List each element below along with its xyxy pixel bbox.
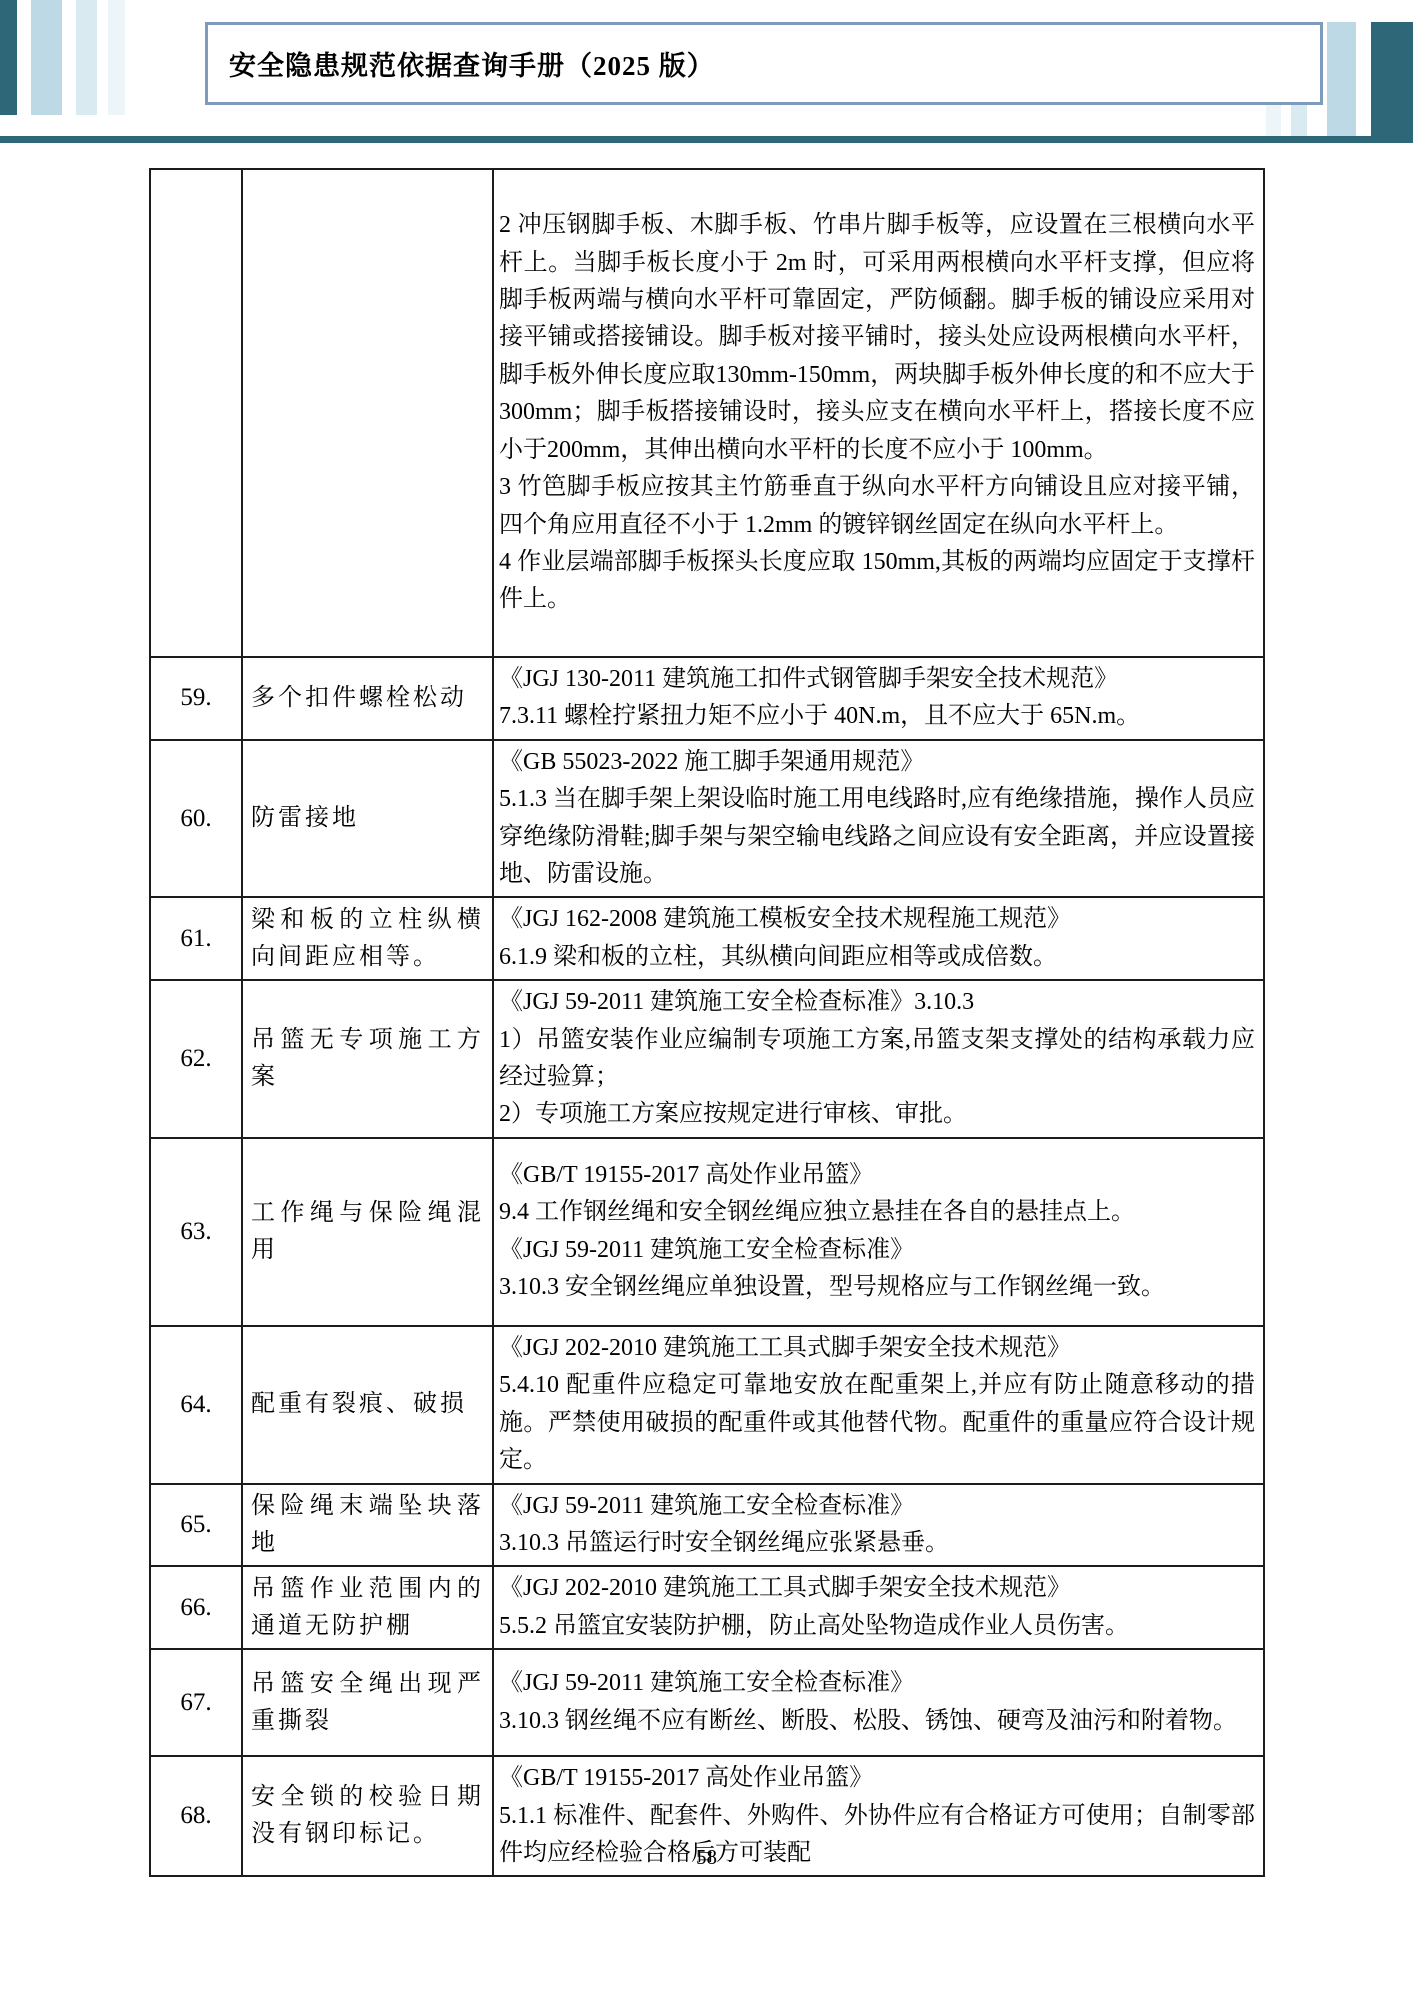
deco-bar-right-mid [1327,22,1356,137]
regulation-paragraph: 5.1.3 当在脚手架上架设临时施工用电线路时,应有绝缘措施，操作人员应穿绝缘防… [499,781,1255,893]
regulation-paragraph: 《JGJ 59-2011 建筑施工安全检查标准》 [499,1488,1255,1525]
regulation-paragraph: 3 竹笆脚手板应按其主竹筋垂直于纵向水平杆方向铺设且应对接平铺，四个角应用直径不… [499,469,1255,544]
table-row: 65. 保险绳末端坠块落地 《JGJ 59-2011 建筑施工安全检查标准》 3… [150,1484,1264,1567]
regulation-paragraph: 2）专项施工方案应按规定进行审核、审批。 [499,1096,1255,1133]
regulation-paragraph: 3.10.3 钢丝绳不应有断丝、断股、松股、锈蚀、硬弯及油污和附着物。 [499,1703,1255,1740]
header-divider-rule [0,136,1413,143]
regulation-cell: 《JGJ 162-2008 建筑施工模板安全技术规程施工规范》 6.1.9 梁和… [493,897,1264,980]
row-number-cell: 63. [150,1138,242,1326]
regulation-paragraph: 7.3.11 螺栓拧紧扭力矩不应小于 40N.m，且不应大于 65N.m。 [499,698,1255,735]
regulation-paragraph: 4 作业层端部脚手板探头长度应取 150mm,其板的两端均应固定于支撑杆件上。 [499,544,1255,619]
deco-bar-left-pale [108,0,125,115]
row-number-cell: 65. [150,1484,242,1567]
hazard-cell: 吊篮作业范围内的通道无防护棚 [242,1566,493,1649]
table-row: 64. 配重有裂痕、破损 《JGJ 202-2010 建筑施工工具式脚手架安全技… [150,1326,1264,1484]
hazard-cell: 工作绳与保险绳混用 [242,1138,493,1326]
hazard-cell: 防雷接地 [242,740,493,898]
table-row: 59. 多个扣件螺栓松动 《JGJ 130-2011 建筑施工扣件式钢管脚手架安… [150,657,1264,740]
table-row: 60. 防雷接地 《GB 55023-2022 施工脚手架通用规范》 5.1.3… [150,740,1264,898]
regulation-paragraph: 2 冲压钢脚手板、木脚手板、竹串片脚手板等，应设置在三根横向水平杆上。当脚手板长… [499,207,1255,469]
row-number-cell: 64. [150,1326,242,1484]
row-number-cell: 66. [150,1566,242,1649]
regulation-cell: 《JGJ 59-2011 建筑施工安全检查标准》3.10.3 1）吊篮安装作业应… [493,980,1264,1138]
regulation-paragraph: 6.1.9 梁和板的立柱，其纵横向间距应相等或成倍数。 [499,939,1255,976]
hazard-cell [242,169,493,657]
regulation-paragraph: 1）吊篮安装作业应编制专项施工方案,吊篮支架支撑处的结构承载力应经过验算； [499,1022,1255,1097]
regulation-paragraph: 9.4 工作钢丝绳和安全钢丝绳应独立悬挂在各自的悬挂点上。 [499,1194,1255,1231]
header-title-box: 安全隐患规范依据查询手册（2025 版） [205,22,1323,105]
regulation-cell: 《JGJ 130-2011 建筑施工扣件式钢管脚手架安全技术规范》 7.3.11… [493,657,1264,740]
hazard-cell: 吊篮无专项施工方案 [242,980,493,1138]
regulation-paragraph: 《GB/T 19155-2017 高处作业吊篮》 [499,1157,1255,1194]
regulation-paragraph: 《JGJ 59-2011 建筑施工安全检查标准》 [499,1665,1255,1702]
regulation-paragraph: 《GB/T 19155-2017 高处作业吊篮》 [499,1760,1255,1797]
row-number-cell: 67. [150,1649,242,1756]
row-number-cell: 61. [150,897,242,980]
hazard-cell: 梁和板的立柱纵横向间距应相等。 [242,897,493,980]
table-row: 63. 工作绳与保险绳混用 《GB/T 19155-2017 高处作业吊篮》 9… [150,1138,1264,1326]
hazard-cell: 配重有裂痕、破损 [242,1326,493,1484]
table-row: 66. 吊篮作业范围内的通道无防护棚 《JGJ 202-2010 建筑施工工具式… [150,1566,1264,1649]
regulation-cell: 《GB 55023-2022 施工脚手架通用规范》 5.1.3 当在脚手架上架设… [493,740,1264,898]
page-number: 58 [0,1845,1413,1870]
regulation-paragraph: 《JGJ 202-2010 建筑施工工具式脚手架安全技术规范》 [499,1570,1255,1607]
row-number-cell: 59. [150,657,242,740]
regulation-paragraph: 《JGJ 202-2010 建筑施工工具式脚手架安全技术规范》 [499,1330,1255,1367]
page-title: 安全隐患规范依据查询手册（2025 版） [208,44,715,83]
regulation-cell: 《JGJ 59-2011 建筑施工安全检查标准》 3.10.3 钢丝绳不应有断丝… [493,1649,1264,1756]
regulation-cell: 2 冲压钢脚手板、木脚手板、竹串片脚手板等，应设置在三根横向水平杆上。当脚手板长… [493,169,1264,657]
row-number-cell [150,169,242,657]
row-number-cell: 60. [150,740,242,898]
regulation-cell: 《GB/T 19155-2017 高处作业吊篮》 9.4 工作钢丝绳和安全钢丝绳… [493,1138,1264,1326]
regulation-paragraph: 3.10.3 吊篮运行时安全钢丝绳应张紧悬垂。 [499,1525,1255,1562]
regulation-paragraph: 《JGJ 162-2008 建筑施工模板安全技术规程施工规范》 [499,901,1255,938]
regulation-paragraph: 5.5.2 吊篮宜安装防护棚，防止高处坠物造成作业人员伤害。 [499,1608,1255,1645]
hazard-cell: 多个扣件螺栓松动 [242,657,493,740]
regulation-paragraph: 《JGJ 130-2011 建筑施工扣件式钢管脚手架安全技术规范》 [499,661,1255,698]
row-number-cell: 62. [150,980,242,1138]
deco-bar-right-dark [1371,22,1413,143]
table-row: 62. 吊篮无专项施工方案 《JGJ 59-2011 建筑施工安全检查标准》3.… [150,980,1264,1138]
regulation-paragraph: 5.4.10 配重件应稳定可靠地安放在配重架上,并应有防止随意移动的措施。严禁使… [499,1367,1255,1479]
deco-bar-left-mid [31,0,62,115]
regulation-paragraph: 《JGJ 59-2011 建筑施工安全检查标准》3.10.3 [499,984,1255,1021]
table-row: 2 冲压钢脚手板、木脚手板、竹串片脚手板等，应设置在三根横向水平杆上。当脚手板长… [150,169,1264,657]
regulation-paragraph: 《JGJ 59-2011 建筑施工安全检查标准》 [499,1232,1255,1269]
hazard-cell: 吊篮安全绳出现严重撕裂 [242,1649,493,1756]
regulation-paragraph: 3.10.3 安全钢丝绳应单独设置，型号规格应与工作钢丝绳一致。 [499,1269,1255,1306]
hazard-cell: 保险绳末端坠块落地 [242,1484,493,1567]
hazard-regulation-table: 2 冲压钢脚手板、木脚手板、竹串片脚手板等，应设置在三根横向水平杆上。当脚手板长… [149,168,1265,1877]
regulation-cell: 《JGJ 59-2011 建筑施工安全检查标准》 3.10.3 吊篮运行时安全钢… [493,1484,1264,1567]
table-row: 67. 吊篮安全绳出现严重撕裂 《JGJ 59-2011 建筑施工安全检查标准》… [150,1649,1264,1756]
deco-bar-left-light [76,0,97,115]
document-page: 安全隐患规范依据查询手册（2025 版） 2 冲压钢脚手板、木脚手板、竹串片脚手… [0,0,1413,2000]
regulation-cell: 《JGJ 202-2010 建筑施工工具式脚手架安全技术规范》 5.4.10 配… [493,1326,1264,1484]
regulation-cell: 《JGJ 202-2010 建筑施工工具式脚手架安全技术规范》 5.5.2 吊篮… [493,1566,1264,1649]
table-row: 61. 梁和板的立柱纵横向间距应相等。 《JGJ 162-2008 建筑施工模板… [150,897,1264,980]
deco-bar-left-dark [0,0,17,115]
regulation-paragraph: 《GB 55023-2022 施工脚手架通用规范》 [499,744,1255,781]
